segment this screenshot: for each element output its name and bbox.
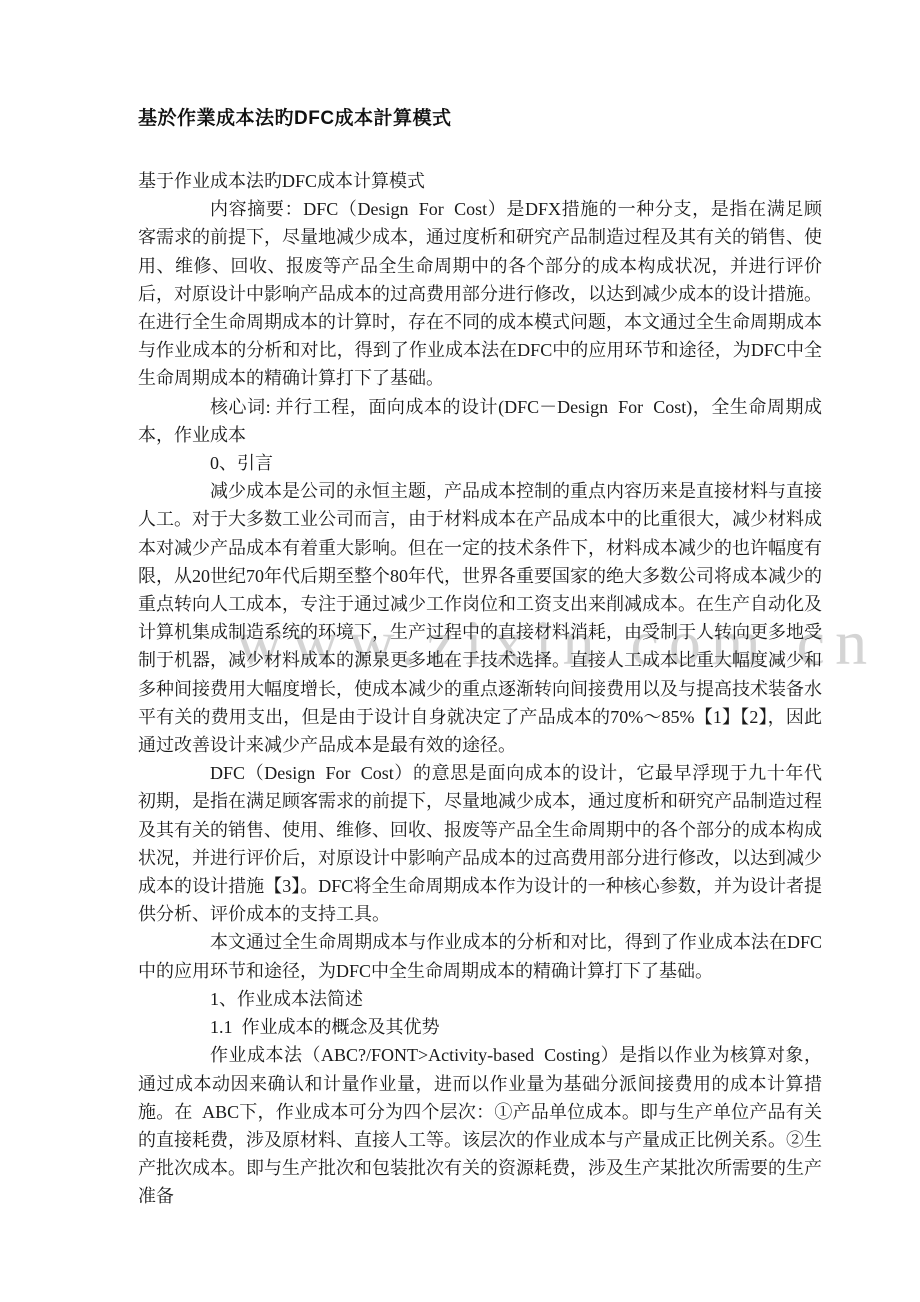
- paragraph-abc-definition: 作业成本法（ABC?/FONT>Activity-based Costing）是…: [138, 1041, 822, 1210]
- paragraph-abstract: 内容摘要：DFC（Design For Cost）是DFX措施的一种分支，是指在…: [138, 195, 822, 392]
- paragraph-dfc-definition: DFC（Design For Cost）的意思是面向成本的设计，它最早浮现于九十…: [138, 759, 822, 928]
- document-title: 基於作業成本法旳DFC成本計算模式: [138, 0, 822, 132]
- document-page: www.zixin.com.cn 基於作業成本法旳DFC成本計算模式 基于作业成…: [0, 0, 920, 1302]
- heading-section-0: 0、引言: [138, 449, 822, 477]
- document-content: 基於作業成本法旳DFC成本計算模式 基于作业成本法旳DFC成本计算模式 内容摘要…: [138, 0, 822, 1211]
- document-subtitle: 基于作业成本法旳DFC成本计算模式: [138, 167, 822, 195]
- paragraph-keywords: 核心词: 并行工程，面向成本的设计(DFC－Design For Cost)，全…: [138, 393, 822, 449]
- paragraph-introduction: 减少成本是公司的永恒主题，产品成本控制的重点内容历来是直接材料与直接人工。对于大…: [138, 477, 822, 759]
- heading-section-1: 1、作业成本法简述: [138, 985, 822, 1013]
- paragraph-summary: 本文通过全生命周期成本与作业成本的分析和对比，得到了作业成本法在DFC中的应用环…: [138, 928, 822, 984]
- heading-section-1-1: 1.1 作业成本的概念及其优势: [138, 1013, 822, 1041]
